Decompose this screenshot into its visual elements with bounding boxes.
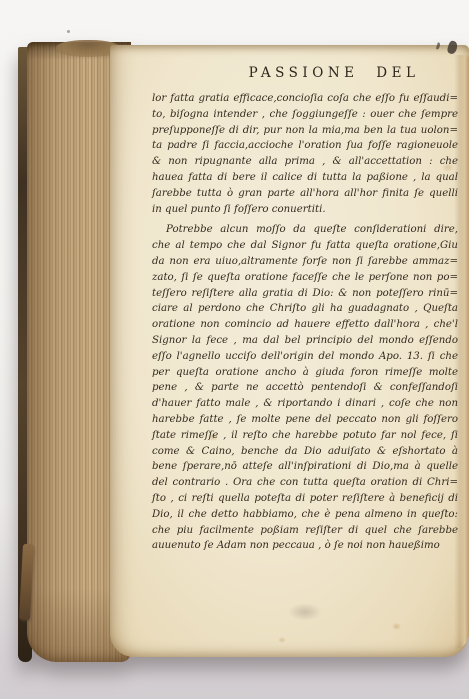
foxing-spot [392, 623, 401, 630]
text-line: oratione non comincio ad hauere effetto … [152, 317, 458, 333]
text-line: da non era uiuo,altramente forſe non ſi … [152, 254, 458, 270]
text-line: ſtate rimeſſe , il reſto che harebbe pot… [152, 428, 458, 444]
text-line: pene , & parte ne accettò pentendoſi & c… [152, 380, 458, 396]
stain-smudge [288, 603, 322, 621]
text-line: d'hauer fatto male , & riportando i dina… [152, 396, 458, 412]
text-line: & non ripugnante alla prima , & all'acce… [152, 154, 458, 170]
text-line: lor fatta gratia efficace,concioſia coſa… [152, 91, 458, 107]
backdrop-speck [67, 30, 70, 33]
ink-mark [446, 40, 459, 55]
text-line: che al tempo che dal Signor fu fatta que… [152, 238, 458, 254]
text-line: Dio, il che detto habbiamo, che è pena a… [152, 507, 458, 523]
paragraph: lor fatta gratia efficace,concioſia coſa… [152, 91, 458, 217]
text-line: ciare al perdono che Chriſto gli ha guad… [152, 301, 458, 317]
text-line: Signor la fece , ma dal bel principio de… [152, 333, 458, 349]
text-line: come & Caino, benche da Dio aduiſato & e… [152, 444, 458, 460]
running-header: PASSIONE DEL [152, 64, 458, 82]
text-line: Potrebbe alcun moſſo da queſte conſidera… [152, 222, 458, 238]
paragraphs: lor fatta gratia efficace,concioſia coſa… [152, 91, 458, 554]
paragraph: Potrebbe alcun moſſo da queſte conſidera… [152, 222, 458, 554]
text-line: in quel punto ſi foſſero conuertiti. [152, 202, 458, 218]
text-line: ta padre ſi faccia,accioche l'oration ſu… [152, 138, 458, 154]
text-line: to, biſogna intender , che ſoggiungeſſe … [152, 107, 458, 123]
text-line: bene ſperare,nō atteſe all'inſpirationi … [152, 459, 458, 475]
text-line: hauea fatta di bere il calice di tutta l… [152, 170, 458, 186]
foxing-spot [278, 637, 286, 643]
text-line: ſto , ci reſti quella poteſta di poter r… [152, 491, 458, 507]
text-line: eſſo l'agnello ucciſo dell'origin del mo… [152, 349, 458, 365]
text-line: harebbe fatte , ſe molte pene del peccat… [152, 412, 458, 428]
text-line: zato, ſi ſe queſta oratione faceſſe che … [152, 270, 458, 286]
text-line: del contrario . Ora che con tutta queſta… [152, 475, 458, 491]
text-line: per queſta oratione ancho à giuda foron … [152, 365, 458, 381]
text-line: che piu facilmente poßiam reſiſter di qu… [152, 523, 458, 539]
page-text-block: PASSIONE DEL lor fatta gratia efficace,c… [152, 64, 458, 554]
photo-backdrop: PASSIONE DEL lor fatta gratia efficace,c… [0, 0, 469, 699]
text-line: auuenuto ſe Adam non peccaua , ò ſe noi … [152, 538, 458, 554]
text-line: preſupponeſſe di dir, pur non la mia,ma … [152, 123, 458, 139]
text-line: ſarebbe tutta ò gran parte all'hora all'… [152, 186, 458, 202]
text-line: teſſero reſiſtere alla gratia di Dio: & … [152, 286, 458, 302]
